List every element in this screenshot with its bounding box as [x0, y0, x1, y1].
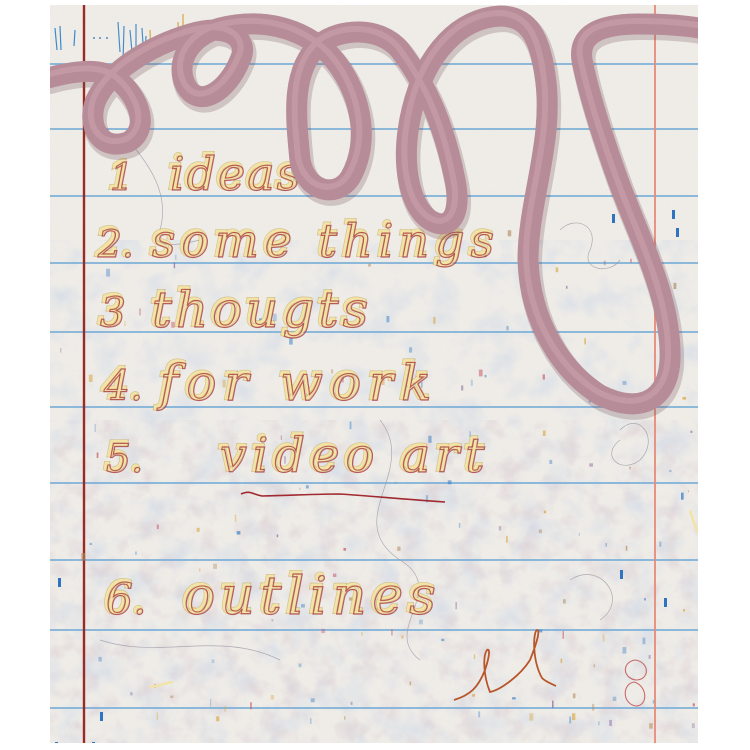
list-item-text: for work [156, 354, 440, 412]
list-item-number: 6. [106, 575, 147, 625]
list-item-number: 3 [100, 289, 126, 337]
list-item-number: 2. [97, 222, 134, 266]
list-item-number: 5. [106, 436, 144, 482]
list-item-text: thougts [152, 281, 372, 339]
list-item-number: 4. [103, 362, 143, 410]
list-item-text: video art [220, 428, 491, 484]
list-item-text: ideas [170, 147, 302, 201]
artwork-canvas: 1ideas1ideas1ideas2.some things2.some th… [0, 0, 750, 750]
list-item-text: outlines [184, 567, 442, 627]
notebook-paper: 1ideas1ideas1ideas2.some things2.some th… [46, 5, 712, 750]
list-item-number: 1 [110, 155, 134, 199]
